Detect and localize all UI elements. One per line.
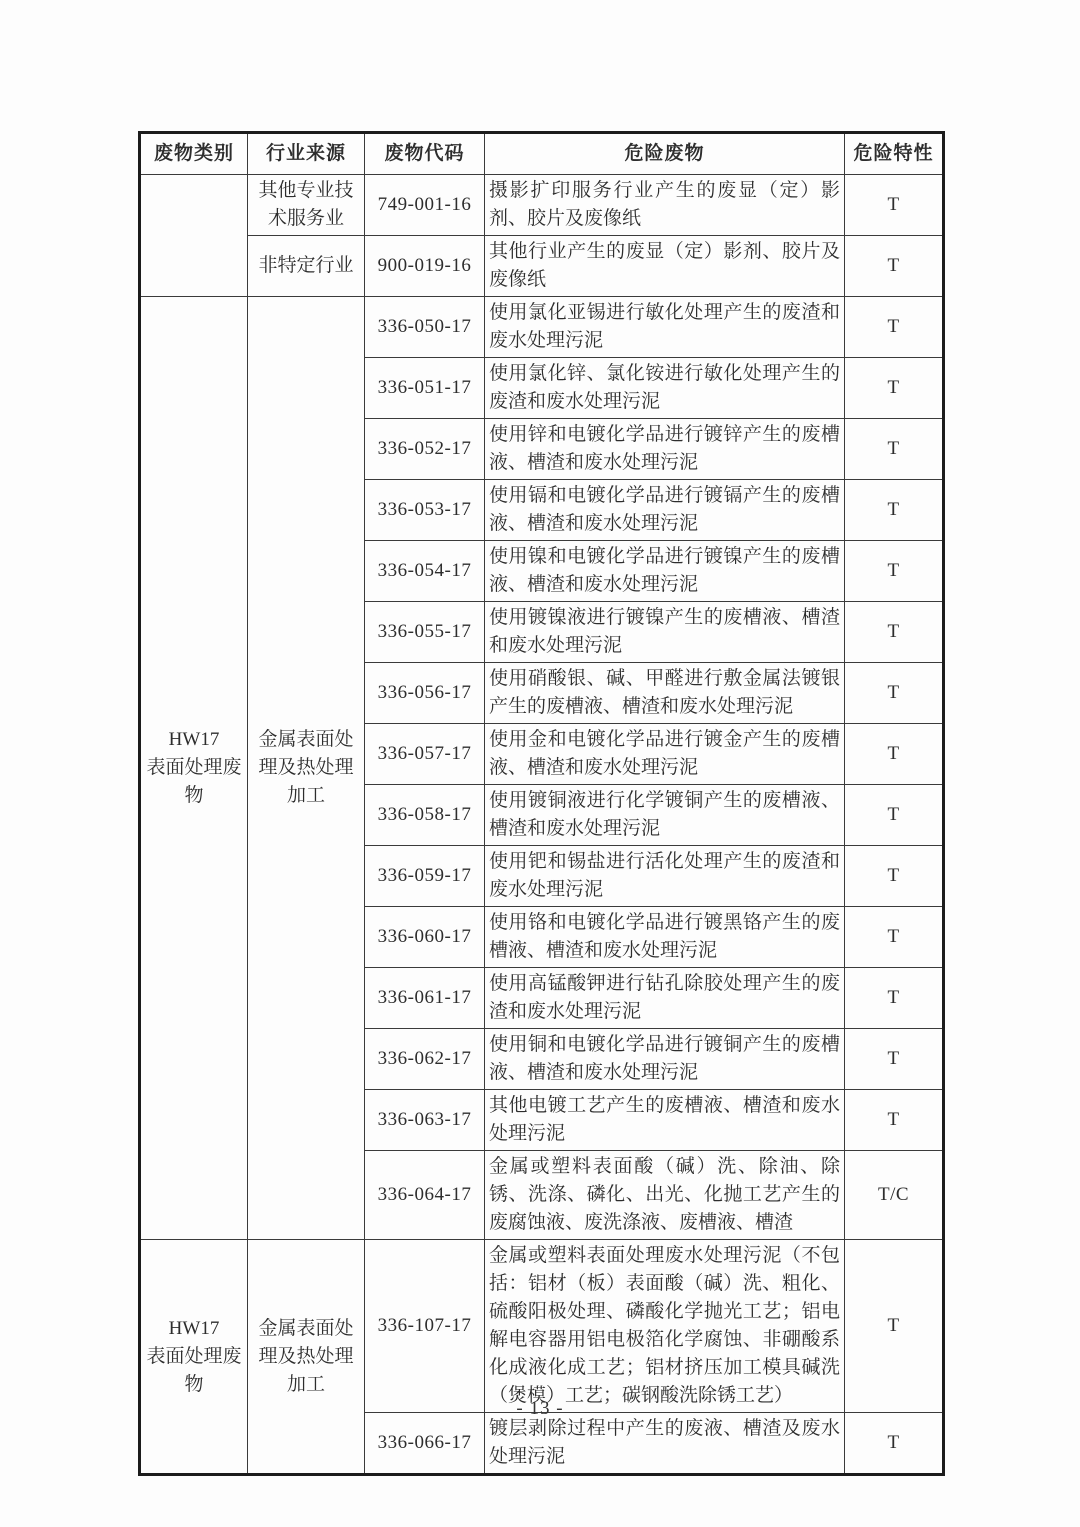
hazard-cell: T: [845, 480, 944, 541]
hazard-cell: T: [845, 419, 944, 480]
hazardous-waste-table: 废物类别 行业来源 废物代码 危险废物 危险特性 其他专业技术服务业 749-0…: [138, 131, 945, 1476]
desc-cell: 金属或塑料表面处理废水处理污泥（不包括：铝材（板）表面酸（碱）洗、粗化、硫酸阳极…: [485, 1240, 845, 1413]
desc-cell: 金属或塑料表面酸（碱）洗、除油、除锈、洗涤、磷化、出光、化抛工艺产生的废腐蚀液、…: [485, 1151, 845, 1240]
category-code: HW17: [145, 1315, 243, 1343]
document-page: 废物类别 行业来源 废物代码 危险废物 危险特性 其他专业技术服务业 749-0…: [0, 0, 1080, 1527]
code-cell: 336-107-17: [365, 1240, 485, 1413]
code-cell: 336-054-17: [365, 541, 485, 602]
industry-cell: 金属表面处理及热处理加工: [248, 297, 365, 1240]
code-cell: 336-060-17: [365, 907, 485, 968]
desc-cell: 镀层剥除过程中产生的废液、槽渣及废水处理污泥: [485, 1413, 845, 1475]
hazard-cell: T/C: [845, 1151, 944, 1240]
code-cell: 336-058-17: [365, 785, 485, 846]
hazard-cell: T: [845, 358, 944, 419]
category-cell: HW17 表面处理废物: [140, 1240, 248, 1475]
category-name: 表面处理废物: [145, 754, 243, 810]
category-cell: HW17 表面处理废物: [140, 297, 248, 1240]
code-cell: 336-050-17: [365, 297, 485, 358]
code-cell: 336-064-17: [365, 1151, 485, 1240]
hazard-cell: T: [845, 1413, 944, 1475]
table-row: 其他专业技术服务业 749-001-16 摄影扩印服务行业产生的废显（定）影剂、…: [140, 175, 944, 236]
code-cell: 336-066-17: [365, 1413, 485, 1475]
desc-cell: 摄影扩印服务行业产生的废显（定）影剂、胶片及废像纸: [485, 175, 845, 236]
desc-cell: 使用高锰酸钾进行钻孔除胶处理产生的废渣和废水处理污泥: [485, 968, 845, 1029]
hazard-cell: T: [845, 724, 944, 785]
page-number: - 13 -: [0, 1398, 1080, 1420]
hazard-cell: T: [845, 1090, 944, 1151]
col-header-hazard: 危险特性: [845, 133, 944, 175]
desc-cell: 使用镉和电镀化学品进行镀镉产生的废槽液、槽渣和废水处理污泥: [485, 480, 845, 541]
col-header-category: 废物类别: [140, 133, 248, 175]
col-header-waste: 危险废物: [485, 133, 845, 175]
table-row: HW17 表面处理废物 金属表面处理及热处理加工 336-107-17 金属或塑…: [140, 1240, 944, 1413]
table-row: 非特定行业 900-019-16 其他行业产生的废显（定）影剂、胶片及废像纸 T: [140, 236, 944, 297]
code-cell: 336-062-17: [365, 1029, 485, 1090]
code-cell: 336-057-17: [365, 724, 485, 785]
desc-cell: 使用锌和电镀化学品进行镀锌产生的废槽液、槽渣和废水处理污泥: [485, 419, 845, 480]
hazard-cell: T: [845, 297, 944, 358]
hazard-cell: T: [845, 175, 944, 236]
hazard-cell: T: [845, 907, 944, 968]
hazard-cell: T: [845, 663, 944, 724]
desc-cell: 使用钯和锡盐进行活化处理产生的废渣和废水处理污泥: [485, 846, 845, 907]
col-header-industry: 行业来源: [248, 133, 365, 175]
header-row: 废物类别 行业来源 废物代码 危险废物 危险特性: [140, 133, 944, 175]
table-row: HW17 表面处理废物 金属表面处理及热处理加工 336-050-17 使用氯化…: [140, 297, 944, 358]
desc-cell: 使用氯化锌、氯化铵进行敏化处理产生的废渣和废水处理污泥: [485, 358, 845, 419]
code-cell: 749-001-16: [365, 175, 485, 236]
desc-cell: 使用金和电镀化学品进行镀金产生的废槽液、槽渣和废水处理污泥: [485, 724, 845, 785]
hazard-cell: T: [845, 541, 944, 602]
industry-cell: 金属表面处理及热处理加工: [248, 1240, 365, 1475]
code-cell: 336-053-17: [365, 480, 485, 541]
code-cell: 336-056-17: [365, 663, 485, 724]
code-cell: 900-019-16: [365, 236, 485, 297]
code-cell: 336-052-17: [365, 419, 485, 480]
desc-cell: 其他行业产生的废显（定）影剂、胶片及废像纸: [485, 236, 845, 297]
desc-cell: 使用镀镍液进行镀镍产生的废槽液、槽渣和废水处理污泥: [485, 602, 845, 663]
hazard-cell: T: [845, 1029, 944, 1090]
code-cell: 336-063-17: [365, 1090, 485, 1151]
hazard-cell: T: [845, 602, 944, 663]
hazard-cell: T: [845, 1240, 944, 1413]
col-header-code: 废物代码: [365, 133, 485, 175]
industry-cell: 非特定行业: [248, 236, 365, 297]
desc-cell: 使用铜和电镀化学品进行镀铜产生的废槽液、槽渣和废水处理污泥: [485, 1029, 845, 1090]
hazard-cell: T: [845, 968, 944, 1029]
industry-cell: 其他专业技术服务业: [248, 175, 365, 236]
desc-cell: 使用铬和电镀化学品进行镀黑铬产生的废槽液、槽渣和废水处理污泥: [485, 907, 845, 968]
category-code: HW17: [145, 726, 243, 754]
hazard-cell: T: [845, 846, 944, 907]
code-cell: 336-055-17: [365, 602, 485, 663]
desc-cell: 使用镍和电镀化学品进行镀镍产生的废槽液、槽渣和废水处理污泥: [485, 541, 845, 602]
hazard-cell: T: [845, 785, 944, 846]
category-name: 表面处理废物: [145, 1343, 243, 1399]
code-cell: 336-059-17: [365, 846, 485, 907]
desc-cell: 使用硝酸银、碱、甲醛进行敷金属法镀银产生的废槽液、槽渣和废水处理污泥: [485, 663, 845, 724]
hazard-cell: T: [845, 236, 944, 297]
category-cell-empty: [140, 175, 248, 297]
code-cell: 336-051-17: [365, 358, 485, 419]
code-cell: 336-061-17: [365, 968, 485, 1029]
desc-cell: 使用镀铜液进行化学镀铜产生的废槽液、槽渣和废水处理污泥: [485, 785, 845, 846]
desc-cell: 使用氯化亚锡进行敏化处理产生的废渣和废水处理污泥: [485, 297, 845, 358]
desc-cell: 其他电镀工艺产生的废槽液、槽渣和废水处理污泥: [485, 1090, 845, 1151]
